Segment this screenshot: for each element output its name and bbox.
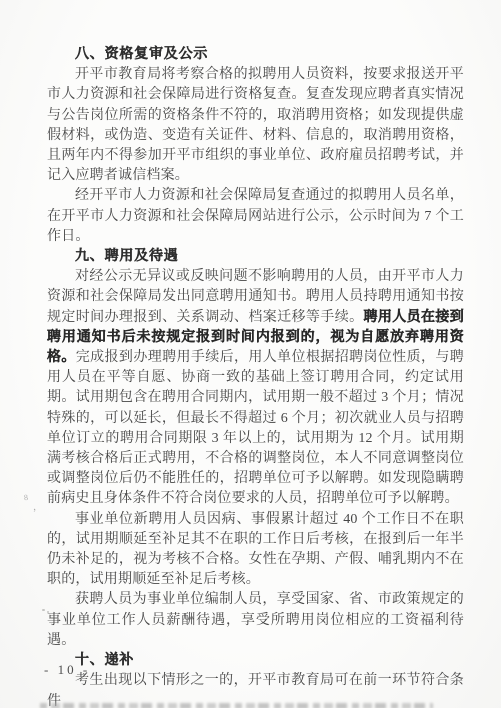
document-body: 八、资格复审及公示开平市教育局将考察合格的拟聘用人员资料，按要求报送开平市人力资… xyxy=(47,45,464,708)
section-heading: 九、聘用及待遇 xyxy=(47,247,464,267)
text-run: 事业单位新聘用人员因病、事假累计超过 40 个工作日不在职的，试用期顺延至补足其… xyxy=(47,512,464,588)
section-heading: 十、递补 xyxy=(47,651,464,671)
paragraph: 经开平市人力资源和社会保障局复查通过的拟聘用人员名单，在开平市人力资源和社会保障… xyxy=(47,186,464,247)
text-run: 经开平市人力资源和社会保障局复查通过的拟聘用人员名单，在开平市人力资源和社会保障… xyxy=(47,188,464,243)
text-run: 获聘人员为事业单位编制人员，享受国家、省、市政策规定的事业单位工作人员薪酬待遇，… xyxy=(47,592,464,647)
scan-speck xyxy=(47,611,49,613)
margin-annotation: ， xyxy=(33,498,43,513)
document-page: 八、资格复审及公示开平市教育局将考察合格的拟聘用人员资料，按要求报送开平市人力资… xyxy=(0,0,501,708)
paragraph: 对经公示无异议或反映问题不影响聘用的人员，由开平市人力资源和社会保障局发出同意聘… xyxy=(47,267,464,509)
page-number: - 10 - xyxy=(44,662,90,678)
paragraph: 事业单位新聘用人员因病、事假累计超过 40 个工作日不在职的，试用期顺延至补足其… xyxy=(47,510,464,591)
text-run: 完成报到办理聘用手续后，用人单位根据招聘岗位性质，与聘用人员在平等自愿、协商一致… xyxy=(47,350,464,506)
section-heading: 八、资格复审及公示 xyxy=(47,45,464,65)
scan-speck xyxy=(42,609,45,611)
paragraph: 开平市教育局将考察合格的拟聘用人员资料，按要求报送开平市人力资源和社会保障局进行… xyxy=(47,65,464,186)
margin-annotation: 8 xyxy=(24,493,29,502)
paragraph: 获聘人员为事业单位编制人员，享受国家、省、市政策规定的事业单位工作人员薪酬待遇，… xyxy=(47,590,464,651)
bottom-ghost-text-strip xyxy=(40,703,433,708)
text-run: 开平市教育局将考察合格的拟聘用人员资料，按要求报送开平市人力资源和社会保障局进行… xyxy=(47,67,464,183)
